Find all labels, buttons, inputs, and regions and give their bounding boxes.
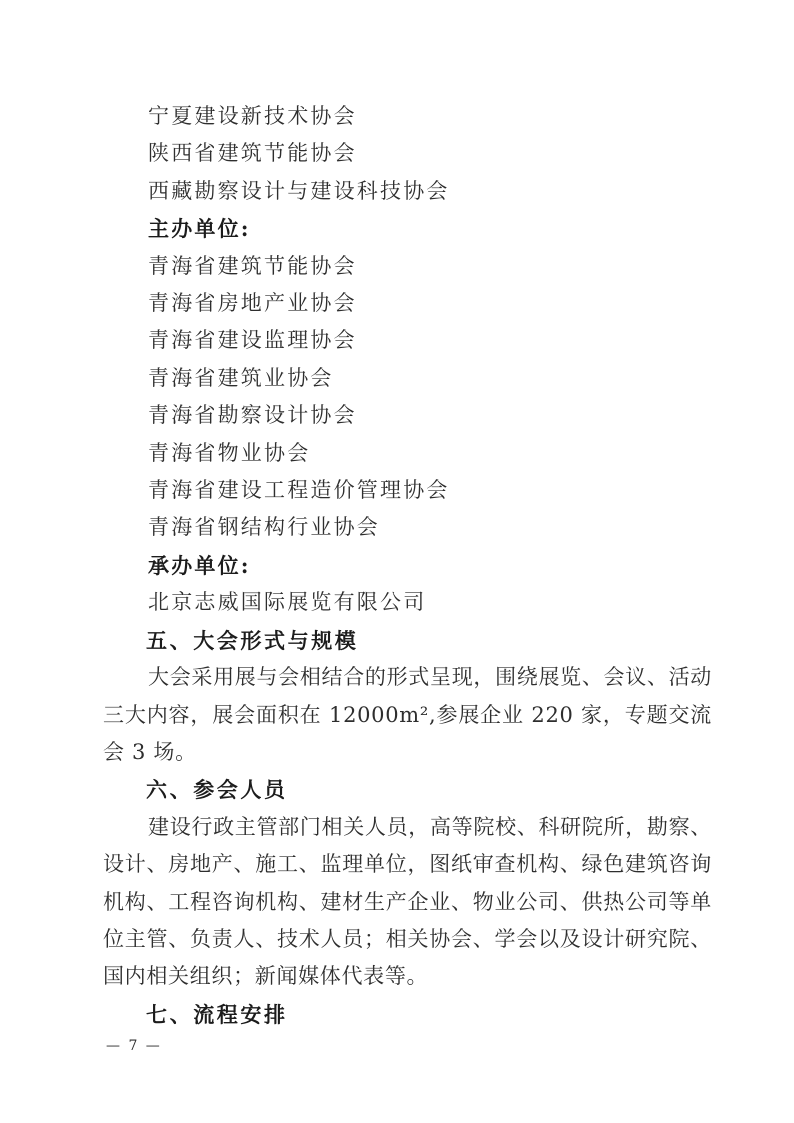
host-units-label: 主办单位:	[148, 210, 712, 247]
host-unit-item: 青海省物业协会	[148, 435, 712, 472]
document-page: 宁夏建设新技术协会 陕西省建筑节能协会 西藏勘察设计与建设科技协会 主办单位: …	[0, 0, 794, 1123]
document-content: 宁夏建设新技术协会 陕西省建筑节能协会 西藏勘察设计与建设科技协会 主办单位: …	[103, 98, 712, 1033]
host-unit-item: 青海省房地产业协会	[148, 285, 712, 322]
co-organizer-item: 陕西省建筑节能协会	[148, 135, 712, 172]
section-7-heading: 七、流程安排	[146, 996, 712, 1033]
host-unit-item: 青海省建筑业协会	[148, 360, 712, 397]
host-unit-item: 青海省建设监理协会	[148, 322, 712, 359]
host-unit-item: 青海省建筑节能协会	[148, 248, 712, 285]
undertaker-label: 承办单位:	[148, 547, 712, 584]
host-unit-item: 青海省建设工程造价管理协会	[148, 472, 712, 509]
host-unit-item: 青海省钢结构行业协会	[148, 509, 712, 546]
section-6-body: 建设行政主管部门相关人员，高等院校、科研院所，勘察、设计、房地产、施工、监理单位…	[103, 809, 712, 996]
host-unit-item: 青海省勘察设计协会	[148, 397, 712, 434]
section-5-heading: 五、大会形式与规模	[146, 622, 712, 659]
section-6-heading: 六、参会人员	[146, 771, 712, 808]
undertaker-unit-item: 北京志威国际展览有限公司	[148, 584, 712, 621]
co-organizer-item: 宁夏建设新技术协会	[148, 98, 712, 135]
co-organizer-item: 西藏勘察设计与建设科技协会	[148, 173, 712, 210]
section-5-body: 大会采用展与会相结合的形式呈现，围绕展览、会议、活动三大内容，展会面积在 120…	[103, 659, 712, 771]
page-number: — 7 —	[106, 1038, 162, 1054]
